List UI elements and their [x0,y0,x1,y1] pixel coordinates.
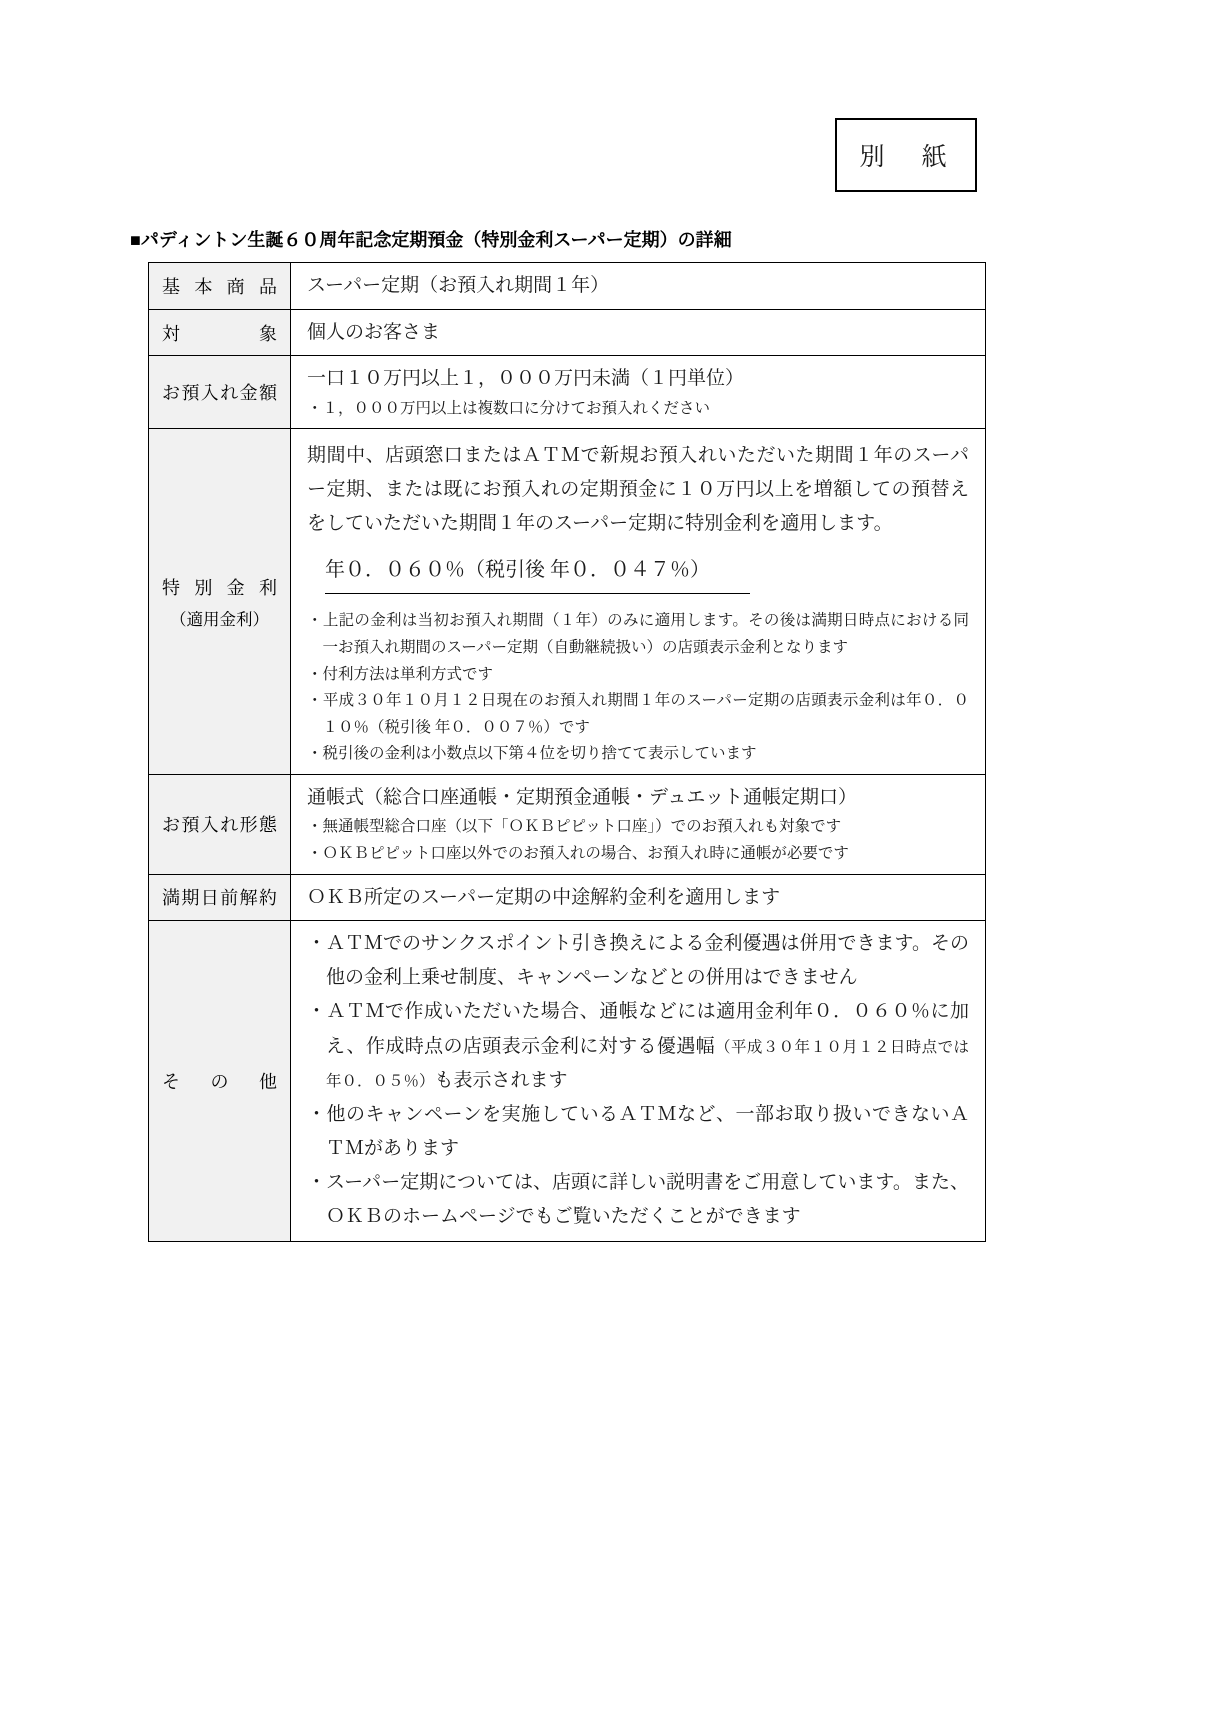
document-title: ■パディントン生誕６０周年記念定期預金（特別金利スーパー定期）の詳細 [130,226,732,252]
basic-product-value: スーパー定期（お預入れ期間１年） [307,269,609,302]
special-rate-value: 年０．０６０％（税引後 年０．０４７％） [325,553,750,595]
special-rate-note-2: ・付利方法は単利方式です [307,662,969,689]
special-rate-note-3: ・平成３０年１０月１２日現在のお預入れ期間１年のスーパー定期の店頭表示金利は年０… [307,688,969,741]
deposit-form-note-2: ・ＯＫＢピピット口座以外でのお預入れの場合、お預入れ時に通帳が必要です [307,841,969,868]
row-early-termination: 満期日前解約 ＯＫＢ所定のスーパー定期の中途解約金利を適用します [149,875,985,921]
attachment-label-box: 別 紙 [835,118,977,192]
row-content-special-rate: 期間中、店頭窓口またはＡＴＭで新規お預入れいただいた期間１年のスーパー定期、また… [291,429,985,774]
other-bullet-3: ・他のキャンペーンを実施しているＡＴＭなど、一部お取り扱いできないＡＴＭがありま… [307,1098,969,1166]
row-deposit-form: お預入れ形態 通帳式（総合口座通帳・定期預金通帳・デュエット通帳定期口） ・無通… [149,775,985,875]
special-rate-note-1: ・上記の金利は当初お預入れ期間（１年）のみに適用します。その後は満期日時点におけ… [307,608,969,661]
early-termination-value: ＯＫＢ所定のスーパー定期の中途解約金利を適用します [307,881,780,914]
row-label-special-rate: 特 別 金 利 （適用金利） [149,429,291,774]
deposit-form-main: 通帳式（総合口座通帳・定期預金通帳・デュエット通帳定期口） [307,781,969,814]
special-rate-note-4: ・税引後の金利は小数点以下第４位を切り捨てて表示しています [307,741,969,768]
special-rate-paragraph: 期間中、店頭窓口またはＡＴＭで新規お預入れいただいた期間１年のスーパー定期、また… [307,439,969,540]
row-content-deposit-form: 通帳式（総合口座通帳・定期預金通帳・デュエット通帳定期口） ・無通帳型総合口座（… [291,775,985,874]
row-label-basic-product: 基 本 商 品 [149,263,291,309]
attachment-label: 別 紙 [859,137,952,173]
document-page: 別 紙 ■パディントン生誕６０周年記念定期預金（特別金利スーパー定期）の詳細 基… [0,0,1208,1713]
row-target: 対 象 個人のお客さま [149,310,985,356]
details-table: 基 本 商 品 スーパー定期（お預入れ期間１年） 対 象 個人のお客さま お預入… [148,262,986,1242]
row-basic-product: 基 本 商 品 スーパー定期（お預入れ期間１年） [149,263,985,310]
other-bullet-2: ・ＡＴＭで作成いただいた場合、通帳などには適用金利年０．０６０％に加え、作成時点… [307,995,969,1098]
deposit-form-note-1: ・無通帳型総合口座（以下「ＯＫＢピピット口座」）でのお預入れも対象です [307,814,969,841]
row-label-other: そ の 他 [149,921,291,1241]
row-content-basic-product: スーパー定期（お預入れ期間１年） [291,263,985,309]
special-rate-notes: ・上記の金利は当初お預入れ期間（１年）のみに適用します。その後は満期日時点におけ… [307,608,969,768]
row-label-deposit-amount: お預入れ金額 [149,356,291,428]
row-content-target: 個人のお客さま [291,310,985,355]
other-bullet-4: ・スーパー定期については、店頭に詳しい説明書をご用意しています。また、ＯＫＢのホ… [307,1166,969,1234]
other-bullet-1: ・ＡＴＭでのサンクスポイント引き換えによる金利優遇は併用できます。その他の金利上… [307,927,969,995]
deposit-amount-main: 一口１０万円以上１，０００万円未満（１円単位） [307,362,969,395]
row-deposit-amount: お預入れ金額 一口１０万円以上１，０００万円未満（１円単位） ・１，０００万円以… [149,356,985,429]
row-label-early-termination: 満期日前解約 [149,875,291,920]
row-label-deposit-form: お預入れ形態 [149,775,291,874]
row-content-other: ・ＡＴＭでのサンクスポイント引き換えによる金利優遇は併用できます。その他の金利上… [291,921,985,1241]
target-value: 個人のお客さま [307,316,440,349]
row-special-rate: 特 別 金 利 （適用金利） 期間中、店頭窓口またはＡＴＭで新規お預入れいただい… [149,429,985,775]
row-other: そ の 他 ・ＡＴＭでのサンクスポイント引き換えによる金利優遇は併用できます。そ… [149,921,985,1241]
row-label-target: 対 象 [149,310,291,355]
deposit-amount-note: ・１，０００万円以上は複数口に分けてお預入れください [307,396,969,423]
row-content-early-termination: ＯＫＢ所定のスーパー定期の中途解約金利を適用します [291,875,985,920]
row-content-deposit-amount: 一口１０万円以上１，０００万円未満（１円単位） ・１，０００万円以上は複数口に分… [291,356,985,428]
